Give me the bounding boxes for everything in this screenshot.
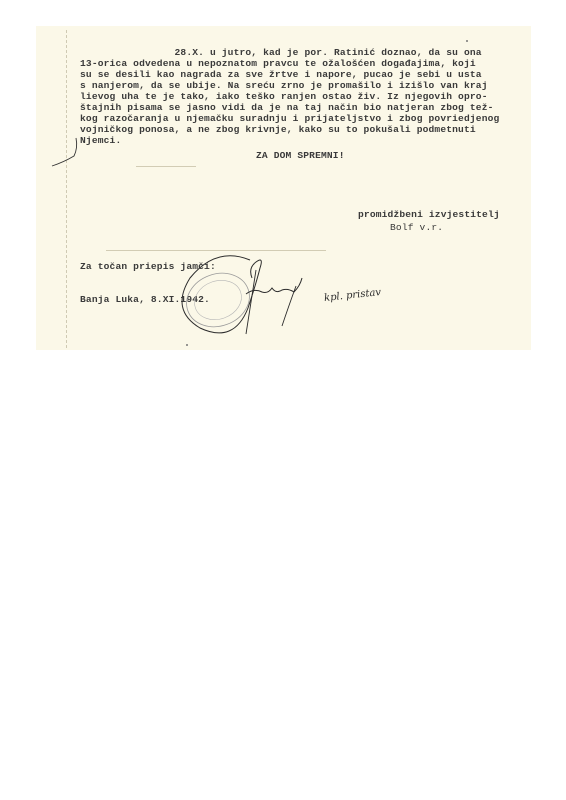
margin-line bbox=[66, 30, 67, 348]
body-line: 28.X. u jutro, kad je por. Ratinić dozna… bbox=[80, 47, 499, 58]
scan-speck bbox=[186, 344, 188, 346]
margin-bracket-mark bbox=[50, 134, 90, 174]
handwritten-note: kpl. pristav bbox=[324, 287, 382, 304]
official-stamp-and-signature bbox=[176, 248, 306, 358]
body-line: lievog uha te je tako, iako teško ranjen… bbox=[80, 91, 499, 102]
signature-name: Bolf v.r. bbox=[390, 222, 443, 233]
body-line: štajnih pisama se jasno vidi da je na ta… bbox=[80, 102, 499, 113]
body-paragraph: 28.X. u jutro, kad je por. Ratinić dozna… bbox=[80, 47, 499, 146]
scan-speck bbox=[448, 86, 450, 88]
signature-title: promidžbeni izvjestitelj bbox=[358, 209, 500, 220]
body-line: 13-orica odvedena u nepoznatom pravcu te… bbox=[80, 58, 499, 69]
faint-rule bbox=[136, 166, 196, 167]
body-line: Njemci. bbox=[80, 135, 499, 146]
body-line: s nanjerom, da se ubije. Na sreću zrno j… bbox=[80, 80, 499, 91]
body-line: vojničkog ponosa, a ne zbog krivnje, kak… bbox=[80, 124, 499, 135]
body-line: kog razočaranja u njemačku suradnju i pr… bbox=[80, 113, 499, 124]
scanned-document-page: 28.X. u jutro, kad je por. Ratinić dozna… bbox=[36, 26, 531, 350]
closing-salute: ZA DOM SPREMNI! bbox=[256, 150, 345, 161]
body-line: su se desili kao nagrada za sve žrtve i … bbox=[80, 69, 499, 80]
scan-speck bbox=[466, 40, 468, 42]
